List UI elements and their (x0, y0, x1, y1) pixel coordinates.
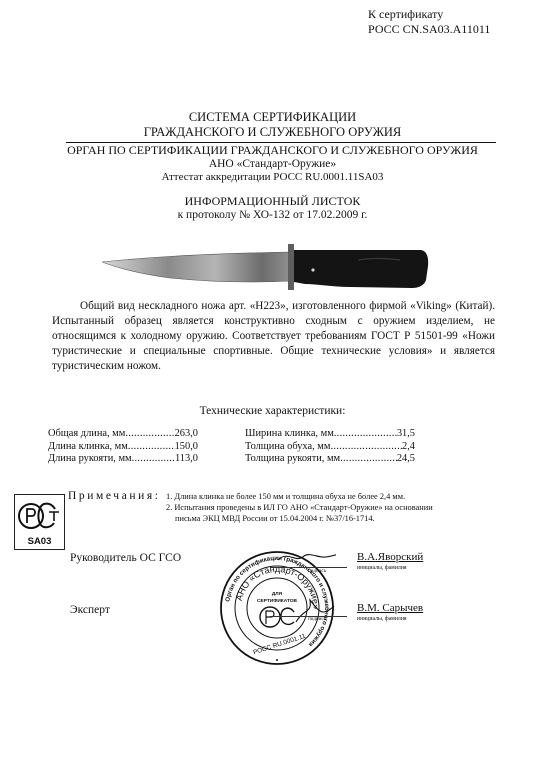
certificate-ref-label: К сертификату (368, 7, 490, 22)
specs-title: Технические характеристики: (0, 404, 545, 418)
spec-value: 24,5 (397, 453, 415, 466)
certification-mark: SA03 (14, 494, 65, 550)
spec-label: Общая длина, мм (48, 428, 125, 441)
system-title: СИСТЕМА СЕРТИФИКАЦИИ ГРАЖДАНСКОГО И СЛУЖ… (0, 110, 545, 140)
organization-name: АНО «Стандарт-Оружие» (0, 157, 545, 171)
description-text: Общий вид нескладного ножа арт. «H223», … (52, 300, 495, 372)
knife-photo (100, 236, 430, 294)
stamp-bottom-text: РОСС RU.0001.11 (252, 633, 307, 657)
spec-row: Толщина рукояти, мм24,5 (245, 453, 415, 466)
spec-label: Толщина рукояти, мм (245, 453, 340, 466)
spec-value: 2,4 (402, 441, 415, 454)
stamp-center-line1: ДЛЯ (272, 591, 283, 597)
leader-dots (125, 428, 174, 441)
system-title-line1: СИСТЕМА СЕРТИФИКАЦИИ (0, 110, 545, 125)
signer-name-expert: В.М. Сарычев (357, 602, 423, 615)
leader-dots (132, 453, 175, 466)
signer-role-expert: Эксперт (70, 603, 110, 617)
note-item: 1. Длина клинка не более 150 мм и толщин… (166, 491, 466, 502)
leader-dots (340, 453, 397, 466)
certificate-ref-number: РОСС CN.SA03.A11011 (368, 22, 490, 37)
specs-right-column: Ширина клинка, мм31,5 Толщина обуха, мм2… (245, 428, 415, 466)
info-sheet-title: ИНФОРМАЦИОННЫЙ ЛИСТОК (0, 194, 545, 208)
description-paragraph: Общий вид нескладного ножа арт. «H223», … (52, 299, 495, 374)
certificate-reference: К сертификату РОСС CN.SA03.A11011 (368, 7, 490, 37)
certification-code: SA03 (15, 536, 64, 547)
signer-role-head: Руководитель ОС ГСО (70, 551, 181, 565)
name-caption: инициалы, фамилия (357, 565, 407, 572)
signature-caption: подпись (308, 616, 326, 622)
system-title-line2: ГРАЖДАНСКОГО И СЛУЖЕБНОГО ОРУЖИЯ (0, 125, 545, 140)
pct-logo-icon (15, 495, 64, 535)
leader-dots (128, 441, 175, 454)
signature-caption: подпись (308, 568, 326, 574)
spec-row: Длина рукояти, мм113,0 (48, 453, 198, 466)
spec-row: Длина клинка, мм150,0 (48, 441, 198, 454)
signer-name-head: В.А.Яворский (357, 551, 423, 564)
note-item-continuation: письма ЭКЦ МВД России от 15.04.2004 г. №… (166, 513, 466, 524)
spec-row: Общая длина, мм263,0 (48, 428, 198, 441)
spec-value: 113,0 (175, 453, 198, 466)
notes-list: 1. Длина клинка не более 150 мм и толщин… (166, 491, 466, 524)
leader-dots (334, 428, 397, 441)
spec-value: 31,5 (397, 428, 415, 441)
stamp-center-line2: СЕРТИФИКАТОВ (257, 598, 297, 604)
name-caption: инициалы, фамилия (357, 616, 407, 623)
protocol-reference: к протоколу № ХО-132 от 17.02.2009 г. (0, 208, 545, 222)
accreditation-line: Аттестат аккредитации РОСС RU.0001.11SA0… (0, 171, 545, 184)
leader-dots (330, 441, 402, 454)
spec-label: Длина рукояти, мм (48, 453, 132, 466)
spec-row: Ширина клинка, мм31,5 (245, 428, 415, 441)
notes-label: Примечания: (68, 489, 161, 503)
spec-label: Длина клинка, мм (48, 441, 128, 454)
spec-label: Ширина клинка, мм (245, 428, 334, 441)
spec-row: Толщина обуха, мм2,4 (245, 441, 415, 454)
official-stamp: Орган по сертификации гражданского и слу… (218, 548, 336, 668)
note-item: 2. Испытания проведены в ИЛ ГО АНО «Стан… (166, 502, 466, 513)
spec-value: 150,0 (175, 441, 198, 454)
specs-left-column: Общая длина, мм263,0 Длина клинка, мм150… (48, 428, 198, 466)
organ-title: ОРГАН ПО СЕРТИФИКАЦИИ ГРАЖДАНСКОГО И СЛУ… (0, 143, 545, 157)
spec-value: 263,0 (175, 428, 198, 441)
spec-label: Толщина обуха, мм (245, 441, 330, 454)
